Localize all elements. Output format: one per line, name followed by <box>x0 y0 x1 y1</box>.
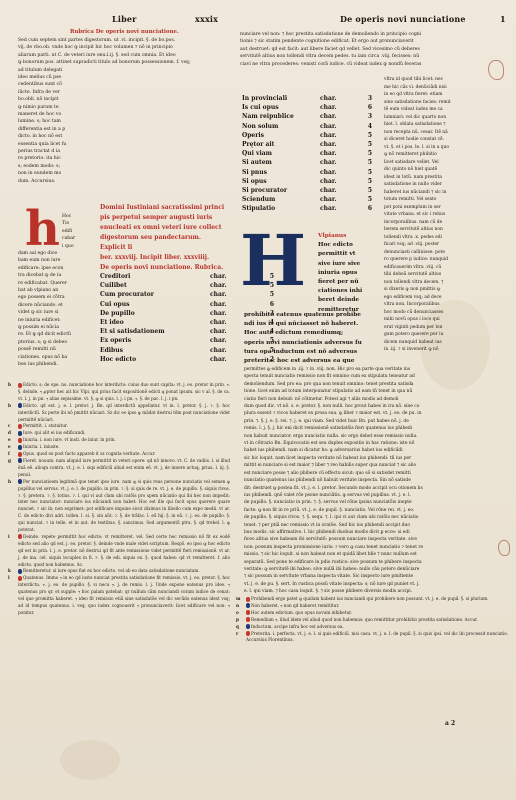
text-line: dum. Accursius. <box>18 178 74 185</box>
marginal-annotation <box>488 60 504 80</box>
book-colophon-red: Domini Iustiniani sacratissimi princi pi… <box>100 203 228 273</box>
text-line: ꝙ nõ remitteret phibitio <box>384 151 508 159</box>
gloss-entry: cPermittit. i. statuitur. <box>8 423 230 430</box>
text-line: incorporalibus. nam cũ de <box>384 219 508 227</box>
text-line: tra dicebat ꝙ de iu <box>18 272 76 279</box>
text-line: Hoc edicto <box>318 241 378 250</box>
text-line: veritate: ꝙ servitutẽ ibi habeo. sive nu… <box>244 566 508 573</box>
text-line: ciavi ne vltra procederes: venisti corã … <box>240 61 508 68</box>
left-column-narrow: ideo melius cũ pse cedentibus sunt cõ iũ… <box>18 74 74 185</box>
gloss-entry: oHoc autem edictum. quo opus novum inhib… <box>236 610 508 617</box>
text-line: tione. licet enim ad totum interponatur … <box>244 388 508 395</box>
text-line: re edificabat. Querer <box>18 280 76 287</box>
running-head-folio: xxxix <box>195 14 218 24</box>
gloss-entry: kRemitteretur. si iure opus fiat ex hoc … <box>8 568 230 575</box>
gloss-entry: bEdicto. qd est. j. e. l. pretor. j. Bn.… <box>8 403 230 424</box>
text-line: vt in cõtrario Bn. Equivocatio est seu d… <box>244 440 508 447</box>
text-line: ad titulum delegati <box>18 67 230 74</box>
text-line: dam sal ego dice <box>18 250 76 257</box>
text-line: facte: ꝙ non fit in re priũ. vt. j. e. d… <box>244 507 508 514</box>
text-line: remis. l. j. §. j. hic eni dicit remissi… <box>244 425 508 432</box>
initial-continuation-text: dam sal ego dice bam eum non iure edific… <box>18 250 76 369</box>
text-line: ro querere p iudice: nunquid <box>384 256 508 264</box>
text-line: bam eum non iure <box>18 257 76 264</box>
text-line: ⁊ sic possum in servitute vrbana inspect… <box>244 573 508 580</box>
text-line: re pretorio: ita hic <box>18 155 74 162</box>
gloss-entry: qInductum. accipe infra hoc est adversus… <box>236 624 508 631</box>
text-line: non: possum inspecta promissione iuris: … <box>244 544 508 551</box>
running-head-left: Liber <box>112 14 137 24</box>
text-line: tẽ eum videat iudex me ca <box>384 106 508 114</box>
text-line: ꝙ bonorum pos. attinet supradicti titulo… <box>18 59 230 66</box>
rubric-title: Rubrica De operis novi nunciatione. <box>70 29 179 35</box>
text-line: beret deinde <box>318 296 378 305</box>
text-line: plura essent ⁊ vicos haberet ex prosa su… <box>244 410 508 417</box>
index-row: Si procuratorchar.5 <box>242 186 372 195</box>
text-line: specta tenuit nunciatio remissio non fit… <box>244 373 508 380</box>
text-line: enucleati ex omni veteri iure collect <box>100 223 228 233</box>
text-line: dicem nunquid habeat ius <box>384 339 508 347</box>
gloss-right-column: mProhibendi ergo patet ꝙ quidam habent i… <box>236 596 508 644</box>
text-line: re. Et ꝙ qd dicit edictũ <box>18 331 76 338</box>
text-line: preterita: hoc est adversus ea que <box>244 357 382 366</box>
text-line: hiet. l. oblata satisdatione ⁊ <box>384 121 508 129</box>
text-line: satisdatione in nullo vider <box>384 181 508 189</box>
text-line: dit: destruet ꝙ postea fit. vt. j. e. l.… <box>244 485 508 492</box>
left-column-top: Sed cum septem sint partes digestorum. u… <box>18 37 230 74</box>
manuscript-page: Liber xxxix De operis novi nunciatione 1… <box>0 0 516 800</box>
text-line: tura opa inductum est nõ adversus <box>244 348 382 357</box>
text-line: ber. xxxviij. Incipit liber. xxxviiij. <box>100 253 228 263</box>
gloss-entry: eIniuria. i. non iure. vt insti. de iniu… <box>8 437 230 444</box>
text-line: aliarum parti. ut C. de veteri iure enu.… <box>18 52 230 59</box>
index-row: In provincialichar.3 <box>242 94 372 103</box>
text-line: habet ius phibendi. nam si dicatur hs: ꝙ… <box>244 447 508 454</box>
text-line: ego possem ei cõtra <box>18 294 76 301</box>
text-line: essentia quia licet fu <box>18 141 74 148</box>
text-line: bat ab vlpiano an <box>18 287 76 294</box>
text-line: ficeo altius sive habeam ibi servitutẽ: … <box>244 536 508 543</box>
text-line: non in eundem mo <box>18 170 74 177</box>
main-text-narrow: Vlpianus Hoc edicto permittit vt sive iu… <box>318 232 378 315</box>
right-column-mid: permittes ꝙ edificem in .iij. ⁊ in .viij… <box>244 366 508 596</box>
text-line: tenet. ⁊ per ptiã nec remissio vt in ora… <box>244 522 508 529</box>
text-line: ius phibendi. qnõ valet rõe psone nunciã… <box>244 492 508 499</box>
text-line: vt. §. et i pos. le. l. si in a quo <box>384 144 508 152</box>
text-line: digestorum seu pandectarum. Explicit li <box>100 233 228 253</box>
text-line: servitutẽ altius non tollendi vltra dece… <box>240 53 508 60</box>
gloss-entry: bEdicto. s; de ope. no. nunciatione hoc … <box>8 382 230 403</box>
text-line: iũcte. Infra de ver <box>18 89 74 96</box>
text-line: i quo <box>62 243 78 250</box>
text-line: e. l. qui viam. ⁊ hoc casu loquit. §. ⁊ … <box>244 588 508 595</box>
text-line: fieret per nũ <box>318 278 378 287</box>
text-line: prohibito eatenus quatenus prohibe <box>244 311 382 320</box>
text-line: ideo melius cũ pse <box>18 74 74 81</box>
index-table-right: In provincialichar.3 Is cui opuschar.6 N… <box>242 94 372 214</box>
text-line: pot poni exemplum in ser <box>384 204 508 212</box>
text-line: lumniari: vel dic quarto non <box>384 114 508 122</box>
text-line: sive iure sive <box>318 260 378 269</box>
text-line: missio. ⁊ sic hic loquit. si non habeat … <box>244 551 508 558</box>
text-line: dicto. in hoc nõ est <box>18 133 74 140</box>
text-line: pis perpetui semper augusti iuris <box>100 213 228 223</box>
gloss-entry: mProhibendi ergo patet ꝙ quidam habent i… <box>236 596 508 603</box>
text-line: edificauerim vltra .viij. cũ <box>384 264 508 272</box>
text-line: beo ius phibendi. <box>18 361 76 368</box>
main-text-full: prohibito eatenus quatenus prohibe ndi i… <box>244 311 382 366</box>
text-line: Sed cum septem sint partes digestorum. u… <box>18 37 230 44</box>
text-line: est nunciare posse ⁊ alio phibere cũ eff… <box>244 470 508 477</box>
text-line: ptorius. s; ꝙ si debeo <box>18 339 76 346</box>
text-line: edificare: ipse econ <box>18 265 76 272</box>
text-line: permittit vt <box>318 250 378 259</box>
decorated-initial-blue-h: H <box>240 226 306 296</box>
text-line: bus modis. sic affirmative. l. hic phibe… <box>244 529 508 536</box>
text-line: demoliendum. Sed pro ea: pro qua non ten… <box>244 381 508 388</box>
index-row: Nam reipublicechar.3 <box>242 112 372 121</box>
index-row: Prętor aitchar.5 <box>242 140 372 149</box>
text-line: ficari vsq; ad .viij. poster <box>384 241 508 249</box>
text-line: Hoc autẽ edictum remediumq; <box>244 329 382 338</box>
decorated-initial-h: h <box>25 205 60 253</box>
right-column-top: nunciare vel non: ⁊ hoc prestita satisda… <box>240 31 508 68</box>
text-line: edifi <box>62 228 78 235</box>
text-line: s; eodem modo: s; <box>18 163 74 170</box>
text-line: Domini Iustiniani sacratissimi princi <box>100 203 228 213</box>
text-line: sine satisdatione facies: remit <box>384 99 508 107</box>
index-row: Is cui opuschar.6 <box>242 103 372 112</box>
gloss-entry: dIure. qui alit ei ius edificandi. <box>8 430 230 437</box>
text-line: ne iniuria edificet: <box>18 317 76 324</box>
text-line: mihi novũ opus i loco qui <box>384 316 508 324</box>
text-line: idest in totũ. nam prestita <box>384 174 508 182</box>
text-line: tionis ⁊ sic statim pendente cognitione … <box>240 38 508 45</box>
text-line: tibi debeã servitutẽ altius <box>384 271 508 279</box>
text-line: ciatio fieri non debuit: nõ cõtinetur. P… <box>244 396 508 403</box>
text-line: Tio <box>62 220 78 227</box>
index-row: Si pnuschar.5 <box>242 168 372 177</box>
text-line: cedentibus sunt cõ <box>18 81 74 88</box>
text-line: iniuria opus <box>318 269 378 278</box>
text-line: vltra non. Incorporalibus <box>384 301 508 309</box>
text-line: aut destruet: qd est facit: aut libere f… <box>240 46 508 53</box>
gloss-left-column: bEdicto. s; de ope. no. nunciatione hoc … <box>8 382 230 617</box>
gloss-entry: lQuatenus. Immo ⁊ in eo qd iuste nunciat… <box>8 575 230 616</box>
text-line: vij. de vbo.ob. vnde hoc ꝙ incipit hic h… <box>18 44 230 51</box>
text-line: si diceret hodie constat cẽ. <box>384 136 508 144</box>
index-row: Non solumchar.4 <box>242 122 372 131</box>
initial-side-text: Hoc Tio edifi cabar i quo <box>62 213 78 250</box>
right-column-narrow: vltra id quod tibi licet: nec me hic cãs… <box>384 76 508 354</box>
text-line: Vlpianus <box>318 232 378 241</box>
gloss-entry: gFieret. nouum. nam aliquid iure permitt… <box>8 458 230 479</box>
text-line: prin. ⁊. §. j. e. §. rei. ⁊. j. e. qui v… <box>244 418 508 425</box>
gloss-entry: iDeinde. repete permittit hoc edicto: vt… <box>8 534 230 569</box>
text-line: perius tractat d ia <box>18 148 74 155</box>
text-line: maneret de hoc vo <box>18 111 74 118</box>
text-line: in eo qd vltra fieret: etiam <box>384 91 508 99</box>
text-line: vitute vrbana. et sic i rebus <box>384 211 508 219</box>
text-line: sic hic loquit. nam licet inspecta verit… <box>244 455 508 462</box>
index-row: Si opuschar.5 <box>242 177 372 186</box>
index-row: Qui viamchar.5 <box>242 149 372 158</box>
running-head-right: De operis novi nunciatione <box>340 14 466 24</box>
text-line: dicere nũciando. et <box>18 302 76 309</box>
index-row: Operischar.5 <box>242 131 372 140</box>
text-line: non tollendi vltra decem. ⁊ <box>384 279 508 287</box>
text-line: ego edificem vsq; ad dece <box>384 294 508 302</box>
gloss-entry: eIniuria. i. iniuste. <box>8 444 230 451</box>
text-line: erat viginti pedum per lon <box>384 324 508 332</box>
text-line: non recepta nũ. cesar. Itẽ nã <box>384 129 508 137</box>
gloss-entry: hPer nunciatioem legitimã que tenet ipso… <box>8 479 230 534</box>
text-line: gum potero querere per iu <box>384 331 508 339</box>
text-line: possẽ remitti nũ <box>18 346 76 353</box>
text-line: vt. j. e. de pu. §. sert. In rustica pos… <box>244 581 508 588</box>
text-line: bo.obli. nõ incipit <box>18 96 74 103</box>
text-line: differentia est in a p <box>18 126 74 133</box>
gloss-entry: nNon haberet. ⁊ non qd haberet remittitu… <box>236 603 508 610</box>
index-row: Sciendumchar.5 <box>242 195 372 204</box>
text-line: hoc modo cũ denunciasses <box>384 309 508 317</box>
text-line: berem servitutẽ altius non <box>384 226 508 234</box>
text-line: operis novi nunciationis adversus fu <box>244 339 382 348</box>
text-line: separatũ. Sed pone te edificare in pdio … <box>244 559 508 566</box>
text-line: nunciatio quatenus ius phibendi nõ habui… <box>244 477 508 484</box>
text-line: ciationes inhi <box>318 287 378 296</box>
text-line: denunciasti calũniose: pote <box>384 249 508 257</box>
text-line: dum quod dic. vt nõ. s. e. pretor. §. no… <box>244 403 508 410</box>
text-line: non habuit nunciator. ergo nunciatio nul… <box>244 433 508 440</box>
text-line: ꝙ nimio parum te <box>18 104 74 111</box>
text-line: Hoc <box>62 213 78 220</box>
index-row: Stipulatiochar.6 <box>242 204 372 213</box>
index-row: Si autemchar.5 <box>242 158 372 167</box>
text-line: cabar <box>62 235 78 242</box>
gloss-entry: pRemedium ⁊. illud idem vel aliud quod n… <box>236 617 508 624</box>
text-line: dic quinto nõ hiet quatẽ <box>384 166 508 174</box>
text-line: mittit ei nunciare si est maior ⁊ liber … <box>244 462 508 469</box>
gloss-entry: fOpus. quod ex post facto appareb it sz … <box>8 451 230 458</box>
text-line: ciationes. opus nõ ba <box>18 354 76 361</box>
text-line: nunciare vel non: ⁊ hoc prestita satisda… <box>240 31 508 38</box>
text-line: licet satisdare vellet. Vel <box>384 159 508 167</box>
signature-mark: a 2 <box>445 720 455 727</box>
text-line: videt ꝙ sic iure si <box>18 309 76 316</box>
text-line: haberet ius nũciandi ⁊ sic in <box>384 189 508 197</box>
text-line: ndi ius is qui nũciasset nõ haberet. <box>244 320 382 329</box>
text-line: in .iij. ⁊ si invenerit ꝙ nõ <box>384 346 508 354</box>
text-line: ꝙ possim ei nũcia <box>18 324 76 331</box>
paper-stain <box>60 740 120 780</box>
text-line: de pupillo. §. siquis rivos. ⁊. §. sequ.… <box>244 514 508 521</box>
marginal-annotation <box>498 540 510 556</box>
text-line: de pupillo. §. nunciatio in prin. ⁊. §. … <box>244 499 508 506</box>
page-number: 1 <box>500 14 506 24</box>
text-line: permittes ꝙ edificem in .iij. ⁊ in .viij… <box>244 366 508 373</box>
text-line: tollendi vltra .x. pedes edi <box>384 234 508 242</box>
text-line: si dixeris ꝙ non pmittis ꝙ <box>384 286 508 294</box>
text-line: lumine. s; hoc tam <box>18 118 74 125</box>
text-line: totum remitti. Vel sexto <box>384 196 508 204</box>
text-line: vltra id quod tibi licet: nec <box>384 76 508 84</box>
text-line: me hic cãs vi. denũciãdi nisi <box>384 84 508 92</box>
gloss-entry: rPreterita. i. perfecta. vt. j. e. l. si… <box>236 631 508 645</box>
